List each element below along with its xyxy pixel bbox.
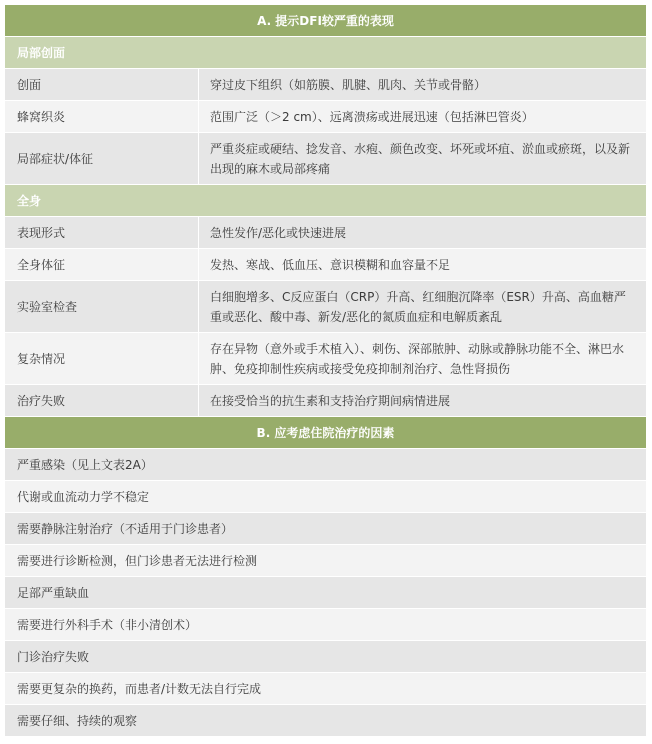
list-item: 需要进行外科手术（非小清创术）: [5, 609, 646, 641]
row-name: 实验室检查: [5, 281, 199, 332]
table-row: 实验室检查 白细胞增多、C反应蛋白（CRP）升高、红细胞沉降率（ESR）升高、高…: [5, 281, 646, 333]
table-row: 蜂窝织炎 范围广泛（＞2 cm）、远离溃疡或进展迅速（包括淋巴管炎）: [5, 101, 646, 133]
row-name: 复杂情况: [5, 333, 199, 384]
list-item-text: 门诊治疗失败: [5, 641, 646, 672]
group-systemic-label: 全身: [17, 192, 41, 209]
list-item: 足部严重缺血: [5, 577, 646, 609]
row-name: 表现形式: [5, 217, 199, 248]
row-desc: 急性发作/恶化或快速进展: [199, 217, 646, 248]
row-desc: 严重炎症或硬结、捻发音、水疱、颜色改变、坏死或坏疽、淤血或瘀斑，以及新出现的麻木…: [199, 133, 646, 184]
list-item: 严重感染（见上文表2A）: [5, 449, 646, 481]
row-name: 创面: [5, 69, 199, 100]
list-item: 门诊治疗失败: [5, 641, 646, 673]
list-item-text: 代谢或血流动力学不稳定: [5, 481, 646, 512]
row-desc: 穿过皮下组织（如筋膜、肌腱、肌肉、关节或骨骼）: [199, 69, 646, 100]
list-item-text: 需要进行诊断检测，但门诊患者无法进行检测: [5, 545, 646, 576]
table-row: 表现形式 急性发作/恶化或快速进展: [5, 217, 646, 249]
row-desc: 发热、寒战、低血压、意识模糊和血容量不足: [199, 249, 646, 280]
row-desc: 在接受恰当的抗生素和支持治疗期间病情进展: [199, 385, 646, 416]
list-item-text: 足部严重缺血: [5, 577, 646, 608]
table-row: 全身体征 发热、寒战、低血压、意识模糊和血容量不足: [5, 249, 646, 281]
list-item-text: 需要进行外科手术（非小清创术）: [5, 609, 646, 640]
list-item: 需要仔细、持续的观察: [5, 705, 646, 737]
section-b-title: B. 应考虑住院治疗的因素: [257, 424, 395, 441]
table-row: 治疗失败 在接受恰当的抗生素和支持治疗期间病情进展: [5, 385, 646, 417]
list-item: 代谢或血流动力学不稳定: [5, 481, 646, 513]
table-row: 复杂情况 存在异物（意外或手术植入）、刺伤、深部脓肿、动脉或静脉功能不全、淋巴水…: [5, 333, 646, 385]
list-item: 需要进行诊断检测，但门诊患者无法进行检测: [5, 545, 646, 577]
row-desc: 范围广泛（＞2 cm）、远离溃疡或进展迅速（包括淋巴管炎）: [199, 101, 646, 132]
row-name: 蜂窝织炎: [5, 101, 199, 132]
row-name: 治疗失败: [5, 385, 199, 416]
table-row: 创面 穿过皮下组织（如筋膜、肌腱、肌肉、关节或骨骼）: [5, 69, 646, 101]
group-local-header: 局部创面: [5, 37, 646, 69]
list-item: 需要静脉注射治疗（不适用于门诊患者）: [5, 513, 646, 545]
list-item-text: 需要仔细、持续的观察: [5, 705, 646, 736]
group-systemic-header: 全身: [5, 185, 646, 217]
dfi-table: A. 提示DFI较严重的表现 局部创面 创面 穿过皮下组织（如筋膜、肌腱、肌肉、…: [5, 5, 646, 737]
list-item-text: 严重感染（见上文表2A）: [5, 449, 646, 480]
section-b-header: B. 应考虑住院治疗的因素: [5, 417, 646, 449]
list-item: 需要更复杂的换药，而患者/计数无法自行完成: [5, 673, 646, 705]
list-item-text: 需要静脉注射治疗（不适用于门诊患者）: [5, 513, 646, 544]
row-desc: 白细胞增多、C反应蛋白（CRP）升高、红细胞沉降率（ESR）升高、高血糖严重或恶…: [199, 281, 646, 332]
row-name: 局部症状/体征: [5, 133, 199, 184]
row-desc: 存在异物（意外或手术植入）、刺伤、深部脓肿、动脉或静脉功能不全、淋巴水肿、免疫抑…: [199, 333, 646, 384]
group-local-label: 局部创面: [17, 44, 65, 61]
section-a-title: A. 提示DFI较严重的表现: [257, 12, 394, 29]
section-a-header: A. 提示DFI较严重的表现: [5, 5, 646, 37]
row-name: 全身体征: [5, 249, 199, 280]
list-item-text: 需要更复杂的换药，而患者/计数无法自行完成: [5, 673, 646, 704]
table-row: 局部症状/体征 严重炎症或硬结、捻发音、水疱、颜色改变、坏死或坏疽、淤血或瘀斑，…: [5, 133, 646, 185]
